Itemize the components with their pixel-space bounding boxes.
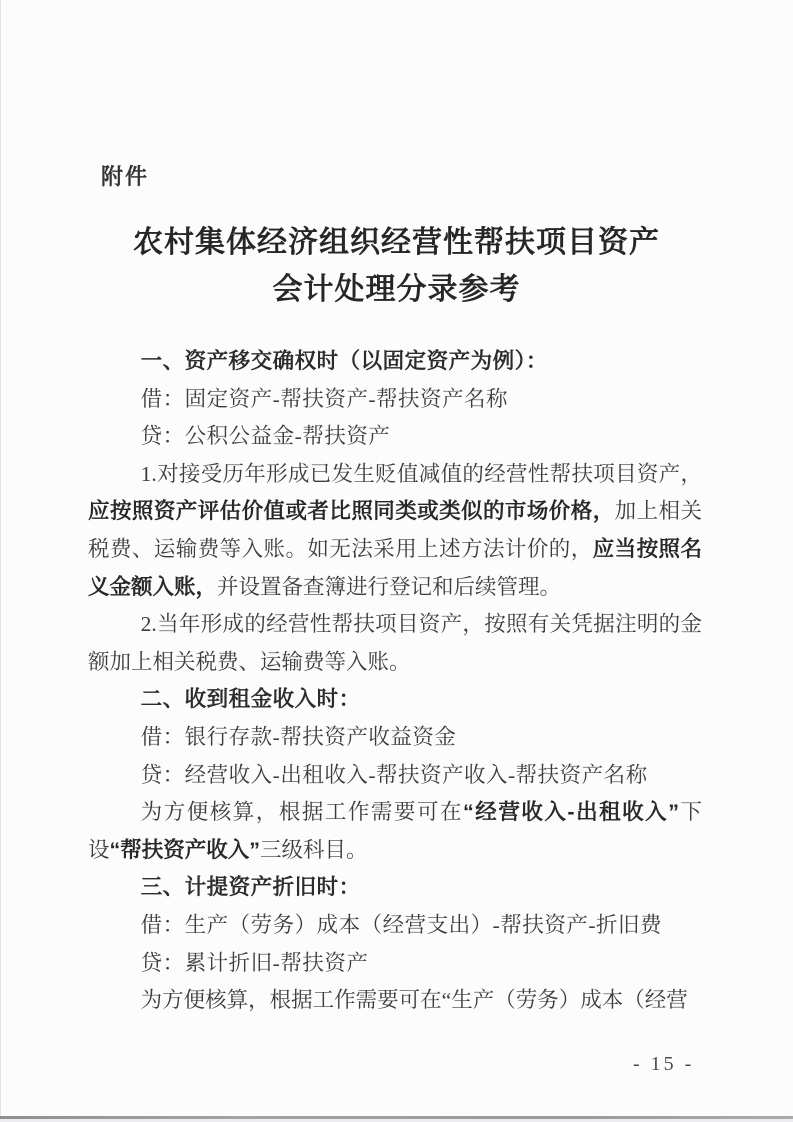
section-3-note-partial: 为方便核算，根据工作需要可在“生产（劳务）成本（经营 (88, 982, 702, 1020)
section-3-heading: 三、计提资产折旧时： (88, 869, 702, 907)
document-body: 一、资产移交确权时（以固定资产为例）： 借：固定资产-帮扶资产-帮扶资产名称 贷… (88, 343, 702, 1020)
text-run: 三级科目。 (260, 838, 368, 862)
text-run-bold: “帮扶资产收入” (110, 838, 261, 862)
section-1-note-1: 1.对接受历年形成已发生贬值减值的经营性帮扶项目资产，应按照资产评估价值或者比照… (88, 456, 702, 606)
scan-left-edge-artifact (0, 0, 1, 1122)
page-number: - 15 - (633, 1053, 694, 1076)
section-2-debit-entry: 借：银行存款-帮扶资产收益资金 (88, 719, 702, 757)
text-run-bold: 应按照资产评估价值或者比照同类或类似的市场价格， (88, 499, 615, 523)
attachment-label: 附件 (101, 160, 149, 191)
document-title-line-1: 农村集体经济组织经营性帮扶项目资产 (0, 219, 793, 266)
section-1-debit-entry: 借：固定资产-帮扶资产-帮扶资产名称 (88, 381, 702, 419)
section-3-debit-entry: 借：生产（劳务）成本（经营支出）-帮扶资产-折旧费 (88, 907, 702, 945)
text-run: 并设置备查簿进行登记和后续管理。 (217, 575, 561, 599)
scanned-document-page: 附件 农村集体经济组织经营性帮扶项目资产 会计处理分录参考 一、资产移交确权时（… (0, 0, 793, 1122)
section-2-heading: 二、收到租金收入时： (88, 681, 702, 719)
text-run: 1.对接受历年形成已发生贬值减值的经营性帮扶项目资产， (141, 462, 702, 486)
section-1-credit-entry: 贷：公积公益金-帮扶资产 (88, 418, 702, 456)
section-2-credit-entry: 贷：经营收入-出租收入-帮扶资产收入-帮扶资产名称 (88, 757, 702, 795)
section-3-credit-entry: 贷：累计折旧-帮扶资产 (88, 945, 702, 983)
document-title-line-2: 会计处理分录参考 (0, 266, 793, 313)
section-1-heading: 一、资产移交确权时（以固定资产为例）： (88, 343, 702, 381)
section-2-note: 为方便核算，根据工作需要可在“经营收入-出租收入”下设“帮扶资产收入”三级科目。 (88, 794, 702, 869)
section-1-note-2: 2.当年形成的经营性帮扶项目资产，按照有关凭据注明的金额加上相关税费、运输费等入… (88, 606, 702, 681)
text-run-bold: “经营收入-出租收入” (463, 800, 679, 824)
document-title: 农村集体经济组织经营性帮扶项目资产 会计处理分录参考 (0, 219, 793, 313)
text-run: 为方便核算，根据工作需要可在 (141, 800, 463, 824)
